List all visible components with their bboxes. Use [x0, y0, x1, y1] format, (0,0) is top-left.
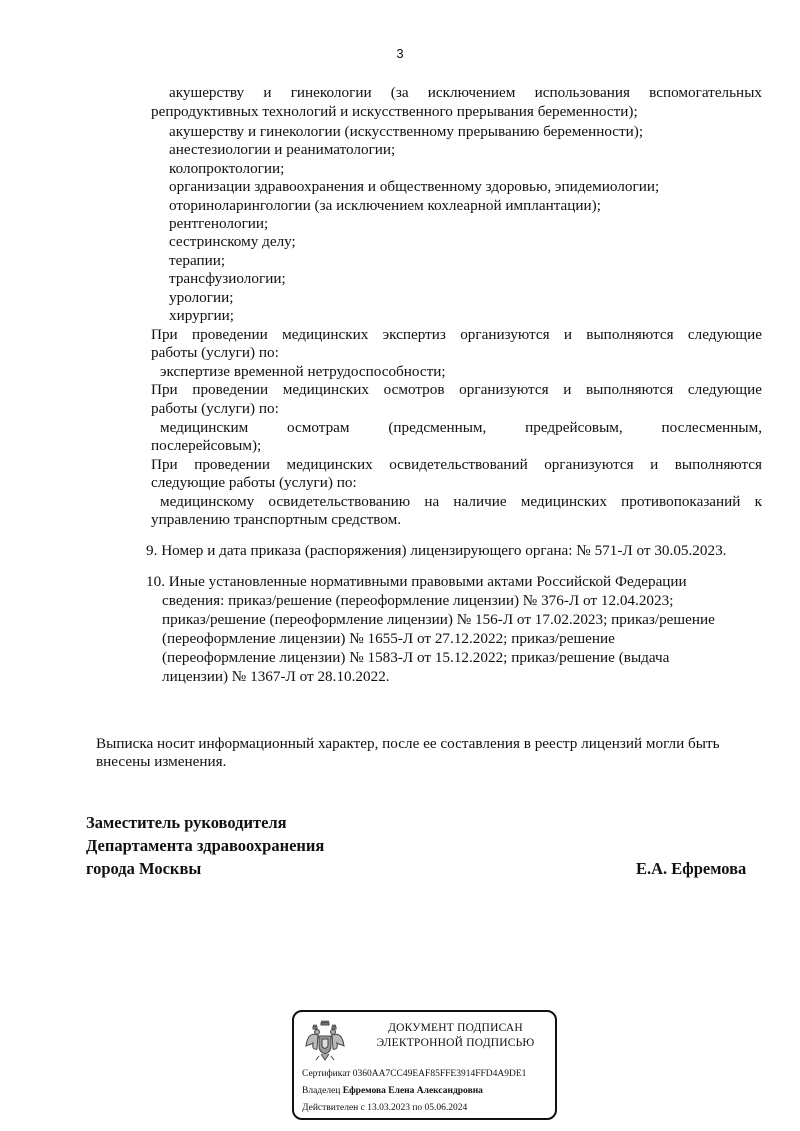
- stamp-title: ДОКУМЕНТ ПОДПИСАН: [364, 1022, 547, 1034]
- signatory-position: Департамента здравоохранения: [86, 836, 324, 856]
- list-item: оториноларингологии (за исключением кохл…: [169, 196, 601, 215]
- stamp-owner-name: Ефремова Елена Александровна: [343, 1086, 483, 1096]
- section-10-line: сведения: приказ/решение (переоформление…: [162, 591, 673, 610]
- certification-intro: При проведении медицинских освидетельств…: [151, 455, 762, 474]
- disclaimer-line: внесены изменения.: [96, 752, 226, 771]
- list-item: хирургии;: [169, 306, 234, 325]
- certification-intro-continuation: следующие работы (услуги) по:: [151, 473, 357, 492]
- list-item: акушерству и гинекологии (искусственному…: [169, 122, 643, 141]
- list-item: акушерству и гинекологии (за исключением…: [169, 83, 762, 102]
- stamp-owner-label: Владелец: [302, 1086, 343, 1096]
- list-item: сестринскому делу;: [169, 232, 296, 251]
- examinations-item: медицинским осмотрам (предсменным, предр…: [160, 418, 762, 437]
- list-item: рентгенологии;: [169, 214, 268, 233]
- signatory-name: Е.А. Ефремова: [636, 859, 746, 879]
- electronic-signature-stamp: ДОКУМЕНТ ПОДПИСАН ЭЛЕКТРОННОЙ ПОДПИСЬЮ С…: [292, 1010, 557, 1120]
- stamp-certificate: Сертификат 0360AA7CC49EAF85FFE3914FFD4A9…: [302, 1069, 526, 1079]
- list-item: трансфузиологии;: [169, 269, 286, 288]
- certification-item-continuation: управлению транспортным средством.: [151, 510, 401, 529]
- signatory-position: Заместитель руководителя: [86, 813, 287, 833]
- coat-of-arms-icon: [304, 1020, 346, 1064]
- list-item: колопроктологии;: [169, 159, 284, 178]
- list-item-continuation: репродуктивных технологий и искусственно…: [151, 102, 638, 121]
- list-item: анестезиологии и реаниматологии;: [169, 140, 395, 159]
- list-item: терапии;: [169, 251, 225, 270]
- disclaimer-line: Выписка носит информационный характер, п…: [96, 734, 720, 753]
- stamp-validity: Действителен с 13.03.2023 по 05.06.2024: [302, 1103, 467, 1113]
- section-9-order-info: 9. Номер и дата приказа (распоряжения) л…: [146, 541, 726, 560]
- examinations-intro: При проведении медицинских осмотров орга…: [151, 380, 762, 399]
- certification-item: медицинскому освидетельствованию на нали…: [160, 492, 762, 511]
- expertise-item: экспертизе временной нетрудоспособности;: [160, 362, 446, 381]
- expertise-intro: При проведении медицинских экспертиз орг…: [151, 325, 762, 344]
- expertise-intro-continuation: работы (услуги) по:: [151, 343, 279, 362]
- section-10-line: 10. Иные установленные нормативными прав…: [146, 572, 687, 591]
- section-10-line: (переоформление лицензии) № 1655-Л от 27…: [162, 629, 615, 648]
- list-item: урологии;: [169, 288, 233, 307]
- stamp-title: ЭЛЕКТРОННОЙ ПОДПИСЬЮ: [364, 1037, 547, 1049]
- stamp-owner: Владелец Ефремова Елена Александровна: [302, 1086, 483, 1096]
- section-10-line: лицензии) № 1367-Л от 28.10.2022.: [162, 667, 390, 686]
- signatory-position: города Москвы: [86, 859, 201, 879]
- examinations-item-continuation: послерейсовым);: [151, 436, 261, 455]
- section-10-line: (переоформление лицензии) № 1583-Л от 15…: [162, 648, 669, 667]
- list-item: организации здравоохранения и общественн…: [169, 177, 659, 196]
- page-number: 3: [0, 46, 800, 61]
- examinations-intro-continuation: работы (услуги) по:: [151, 399, 279, 418]
- section-10-line: приказ/решение (переоформление лицензии)…: [162, 610, 715, 629]
